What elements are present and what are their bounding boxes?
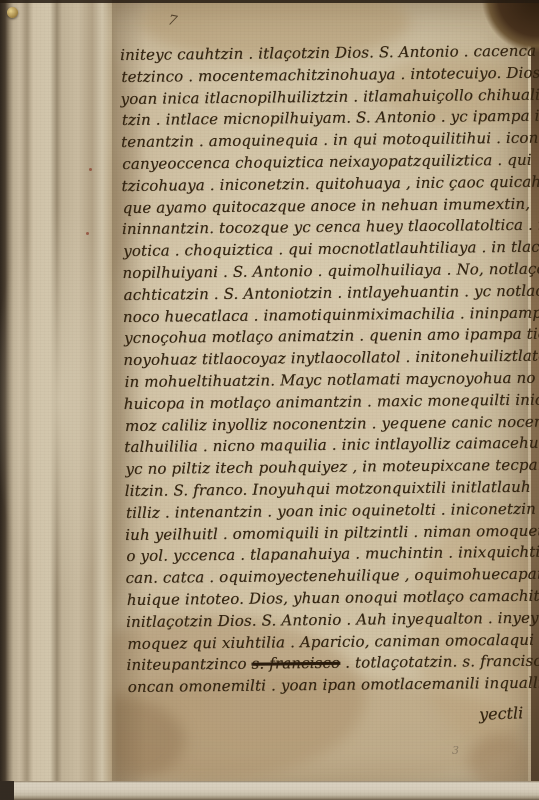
crossed-out-text: s. francisco (251, 654, 340, 673)
manuscript-line: oncan omonemilti . yoan ipan omotlaceman… (128, 673, 539, 699)
red-ink-speck (89, 168, 92, 171)
manuscript-text: initeyc cauhtzin . itlaçotzin Dios. S. A… (120, 41, 539, 699)
book-edge-top (0, 0, 539, 3)
page-bottom-edge (0, 781, 539, 800)
binding-pin (7, 7, 18, 18)
page-stain (468, 735, 530, 787)
manuscript-photo: machitzino huaya intote machitzino huaya… (0, 0, 539, 800)
manuscript-line-text: initeupantzinco (126, 655, 251, 674)
book-binding-gutter (0, 0, 118, 800)
manuscript-line-text: . totlaçotatzin. s. francisco. in (340, 652, 539, 672)
catchword: yectli (479, 703, 524, 724)
red-ink-speck (86, 232, 89, 235)
faint-pencil-mark: 3 (452, 744, 459, 757)
